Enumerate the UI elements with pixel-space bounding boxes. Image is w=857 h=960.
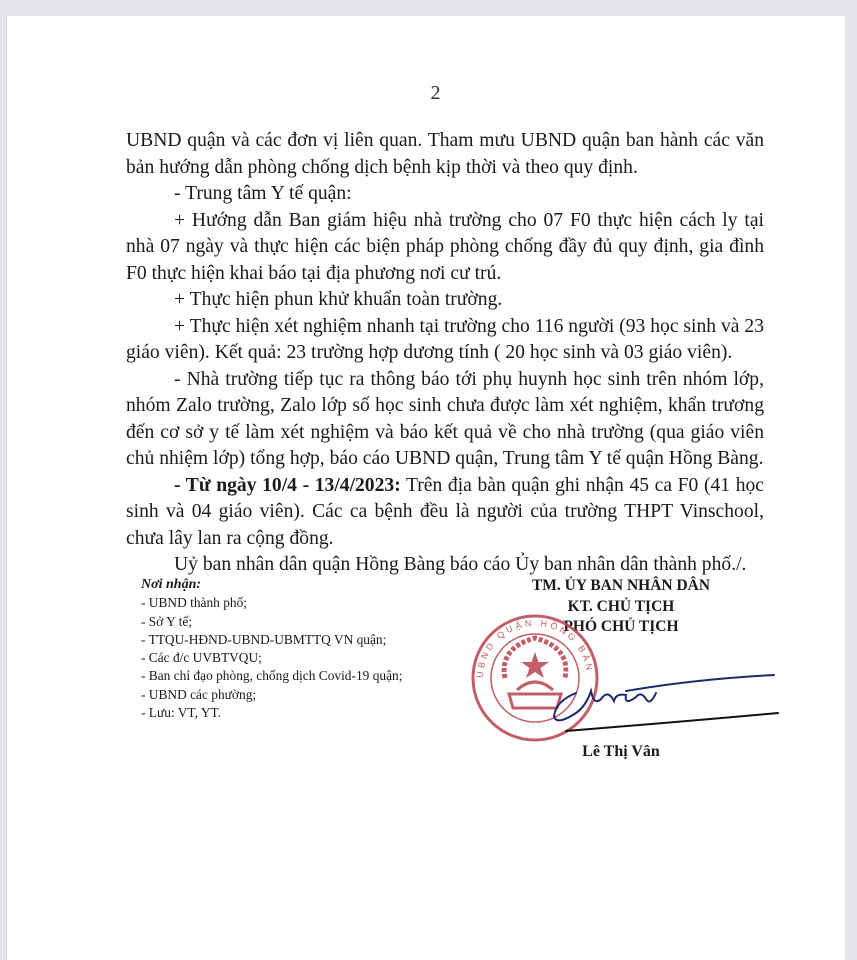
recipient-item: - UBND các phường;	[141, 686, 471, 704]
recipient-item: - UBND thành phố;	[141, 594, 471, 612]
paragraph-date-summary: - Từ ngày 10/4 - 13/4/2023: Trên địa bàn…	[126, 473, 764, 553]
document-body: UBND quận và các đơn vị liên quan. Tham …	[126, 128, 764, 579]
document-page: 2 UBND quận và các đơn vị liên quan. Tha…	[6, 16, 845, 960]
paragraph: + Hướng dẫn Ban giám hiệu nhà trường cho…	[126, 208, 764, 288]
recipient-item: - Sở Y tế;	[141, 613, 471, 631]
recipients-list: Nơi nhận: - UBND thành phố; - Sở Y tế; -…	[141, 576, 471, 722]
date-range-lead: - Từ ngày 10/4 - 13/4/2023:	[174, 475, 401, 496]
sign-line-1: TM. ỦY BAN NHÂN DÂN	[496, 576, 746, 597]
handwritten-signature-icon	[546, 661, 786, 741]
recipient-item: - TTQU-HĐND-UBND-UBMTTQ VN quận;	[141, 631, 471, 649]
paragraph: + Thực hiện phun khử khuẩn toàn trường.	[126, 287, 764, 314]
recipients-title: Nơi nhận:	[141, 576, 471, 594]
paragraph: - Trung tâm Y tế quận:	[126, 181, 764, 208]
paragraph: UBND quận và các đơn vị liên quan. Tham …	[126, 128, 764, 181]
page-number: 2	[16, 82, 855, 105]
recipient-item: - Lưu: VT, YT.	[141, 704, 471, 722]
recipient-item: - Các đ/c UVBTVQU;	[141, 649, 471, 667]
paragraph: + Thực hiện xét nghiệm nhanh tại trường …	[126, 314, 764, 367]
recipient-item: - Ban chỉ đạo phòng, chống dịch Covid-19…	[141, 667, 471, 685]
signer-name: Lê Thị Vân	[496, 743, 746, 761]
closing-paragraph: Uỷ ban nhân dân quận Hồng Bàng báo cáo Ủ…	[126, 552, 764, 579]
paragraph: - Nhà trường tiếp tục ra thông báo tới p…	[126, 367, 764, 473]
